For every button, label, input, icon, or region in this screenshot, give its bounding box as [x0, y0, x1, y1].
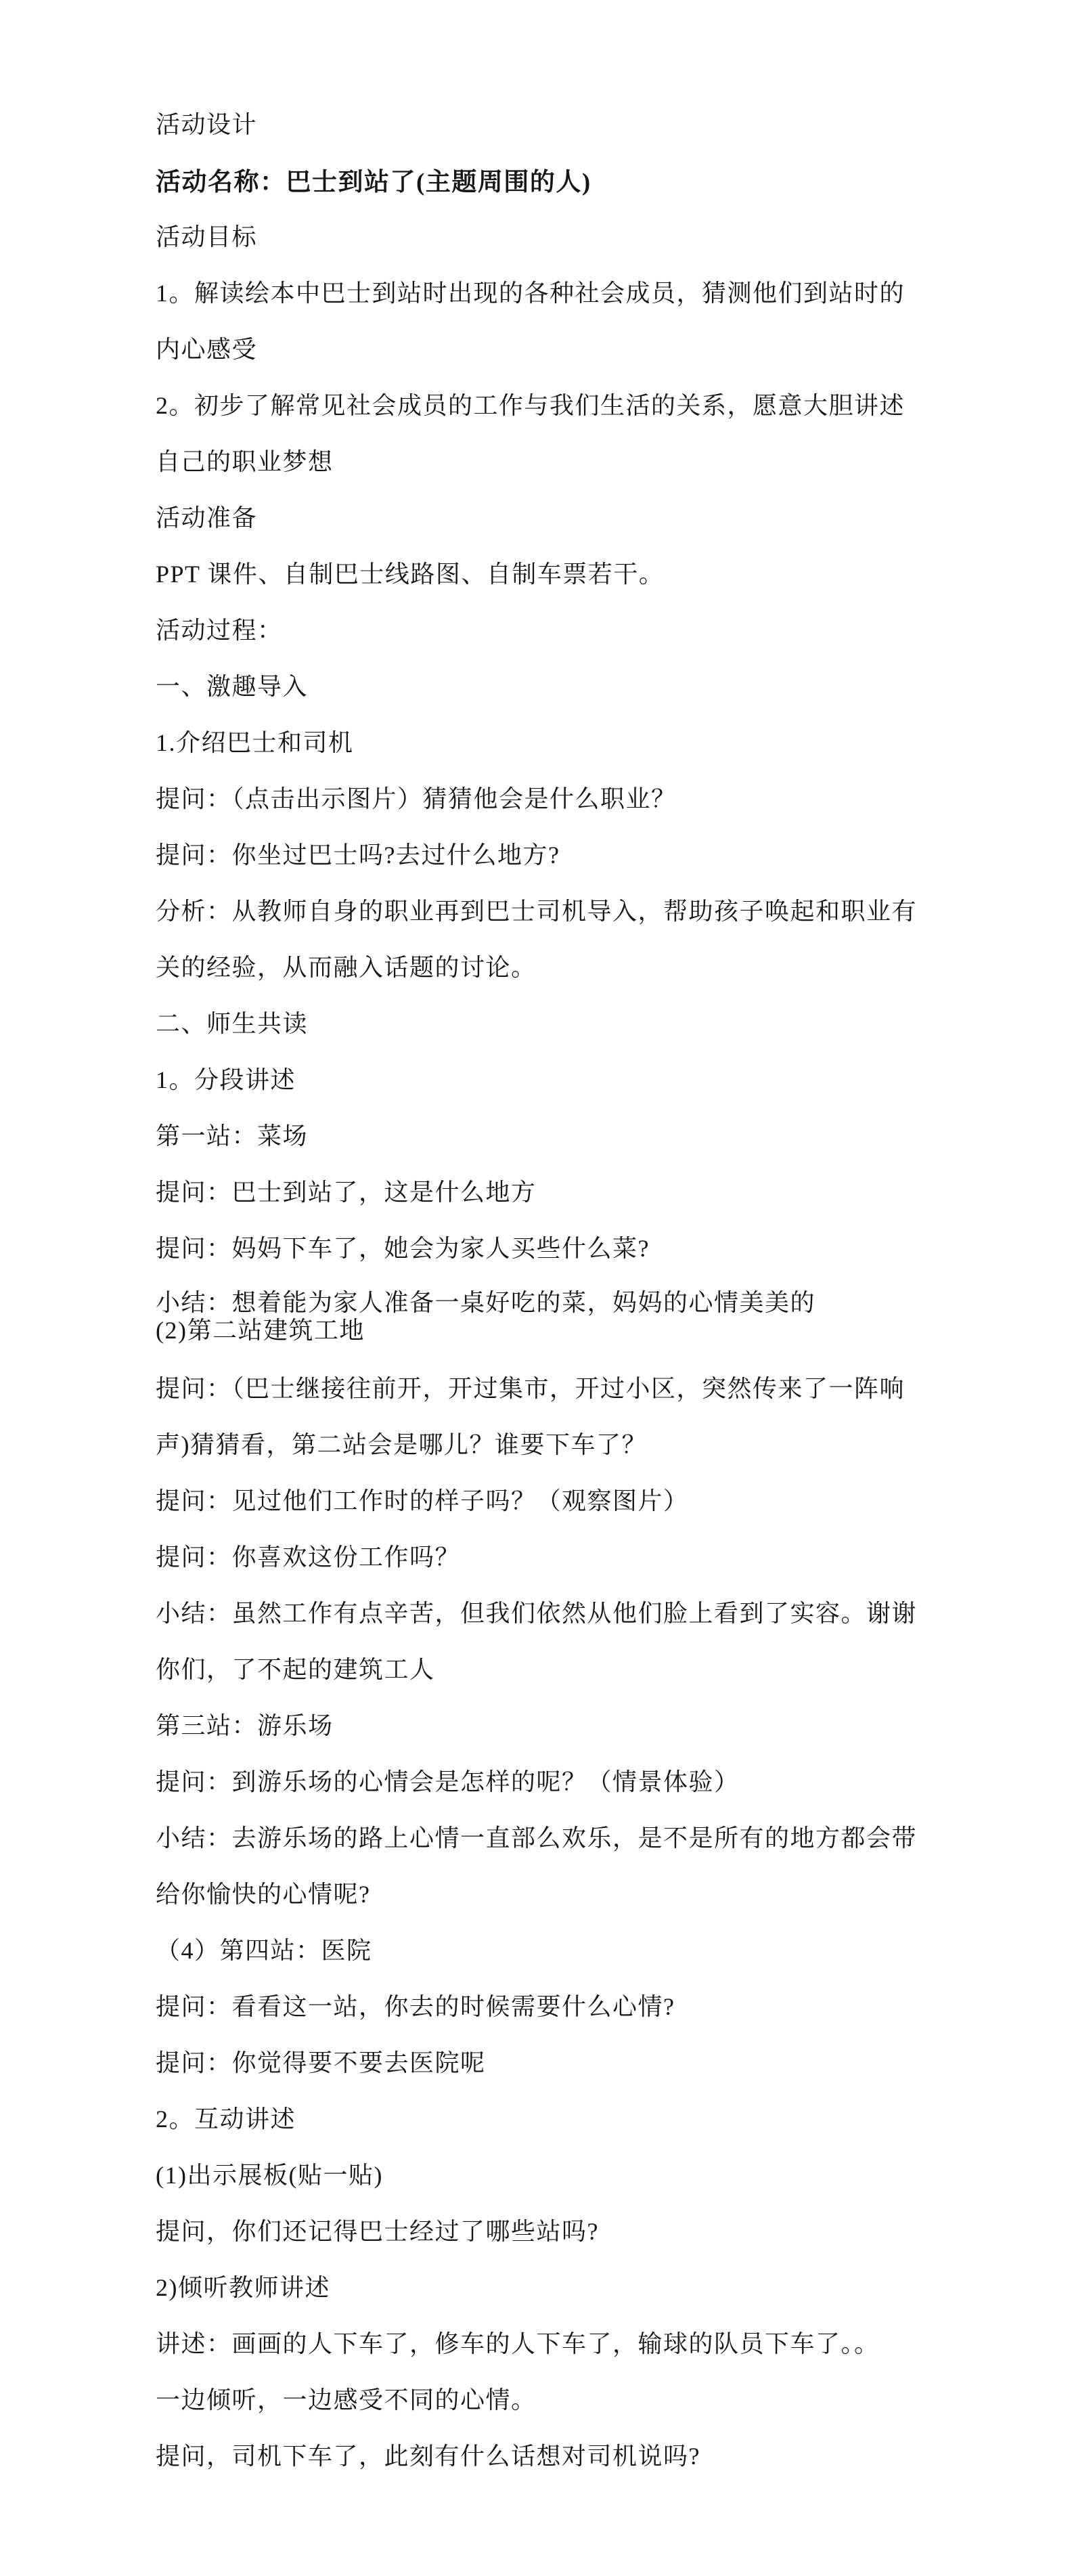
text-line-analysis: 分析：从教师自身的职业再到巴士司机导入，帮助孩子唤起和职业有: [156, 881, 949, 938]
text-line-question-bus-continues: 提问：（巴士继接往前开，开过集市，开过小区，突然传来了一阵响: [156, 1359, 949, 1415]
text-line-question-occupation: 提问：（点击出示图片）猜猜他会是什么职业？: [156, 769, 949, 825]
text-line-summary-workers: 小结：虽然工作有点辛苦，但我们依然从他们脸上看到了实容。谢谢: [156, 1584, 949, 1640]
paragraph-summary-and-stop-2: 小结：想着能为家人准备一桌好吃的菜，妈妈的心情美美的 (2)第二站建筑工地: [156, 1275, 949, 1359]
text-line-process-heading: 活动过程：: [156, 601, 949, 657]
text-line-question-bus-continues-cont: 声)猜猜看，第二站会是哪儿？谁要下车了？: [156, 1415, 949, 1471]
text-line-question-ridden-bus: 提问：你坐过巴士吗?去过什么地方?: [156, 825, 949, 881]
text-line-section-2: 二、师生共读: [156, 994, 949, 1050]
text-line-question-hospital-mood: 提问：看看这一站，你去的时候需要什么心情?: [156, 1977, 949, 2033]
text-line-stop-1: 第一站：菜场: [156, 1106, 949, 1162]
text-line-question-what-place: 提问：巴士到站了，这是什么地方: [156, 1162, 949, 1219]
text-line-question-driver-words: 提问，司机下车了，此刻有什么话想对司机说吗?: [156, 2426, 949, 2483]
text-line-telling-passengers: 讲述：画画的人下车了，修车的人下车了，输球的队员下车了。。: [156, 2314, 949, 2370]
text-line-segment-telling: 1。分段讲述: [156, 1050, 949, 1106]
text-line-goal-1: 1。解读绘本中巴士到站时出现的各种社会成员，猜测他们到站时的: [156, 263, 949, 320]
text-line-question-like-job: 提问：你喜欢这份工作吗？: [156, 1527, 949, 1584]
text-line-question-hospital-go: 提问：你觉得要不要去医院呢: [156, 2033, 949, 2089]
text-line-stop-2: (2)第二站建筑工地: [156, 1317, 949, 1345]
text-line-listen-feel: 一边倾听，一边感受不同的心情。: [156, 2370, 949, 2426]
text-line-summary-workers-cont: 你们，了不起的建筑工人: [156, 1640, 949, 1696]
text-line-goal-1-cont: 内心感受: [156, 320, 949, 376]
text-line-question-remember-stops: 提问，你们还记得巴士经过了哪些站吗?: [156, 2202, 949, 2258]
text-line-goal-2: 2。初步了解常见社会成员的工作与我们生活的关系，愿意大胆讲述: [156, 376, 949, 432]
text-line-stop-3: 第三站：游乐场: [156, 1696, 949, 1752]
text-line-analysis-cont: 关的经验，从而融入话题的讨论。: [156, 938, 949, 994]
text-line-activity-design: 活动设计: [156, 95, 949, 151]
text-line-preparation-items: PPT 课件、自制巴士线路图、自制车票若干。: [156, 544, 949, 601]
text-line-summary-amusement: 小结：去游乐场的路上心情一直部么欢乐，是不是所有的地方都会带: [156, 1808, 949, 1864]
text-line-interactive-telling: 2。互动讲述: [156, 2089, 949, 2145]
text-line-question-amusement-mood: 提问：到游乐场的心情会是怎样的呢？（情景体验）: [156, 1752, 949, 1808]
document-body: 活动设计 活动名称：巴士到站了(主题周围的人) 活动目标 1。解读绘本中巴士到站…: [0, 0, 1074, 2483]
document-page: 活动设计 活动名称：巴士到站了(主题周围的人) 活动目标 1。解读绘本中巴士到站…: [0, 0, 1074, 2576]
text-line-intro-bus-driver: 1.介绍巴士和司机: [156, 713, 949, 769]
text-line-activity-goal-heading: 活动目标: [156, 207, 949, 263]
text-line-show-board: (1)出示展板(贴一贴): [156, 2145, 949, 2202]
text-line-goal-2-cont: 自己的职业梦想: [156, 432, 949, 488]
text-line-summary-amusement-cont: 给你愉快的心情呢?: [156, 1864, 949, 1921]
text-line-question-mom-groceries: 提问：妈妈下车了，她会为家人买些什么菜?: [156, 1219, 949, 1275]
text-line-question-seen-working: 提问：见过他们工作时的样子吗？（观察图片）: [156, 1471, 949, 1527]
text-line-stop-4: （4）第四站：医院: [156, 1921, 949, 1977]
text-line-summary-mom: 小结：想着能为家人准备一桌好吃的菜，妈妈的心情美美的: [156, 1289, 949, 1317]
text-line-preparation-heading: 活动准备: [156, 488, 949, 544]
activity-title: 活动名称：巴士到站了(主题周围的人): [156, 151, 949, 207]
text-line-section-1: 一、激趣导入: [156, 657, 949, 713]
text-line-listen-teacher: 2)倾听教师讲述: [156, 2258, 949, 2314]
